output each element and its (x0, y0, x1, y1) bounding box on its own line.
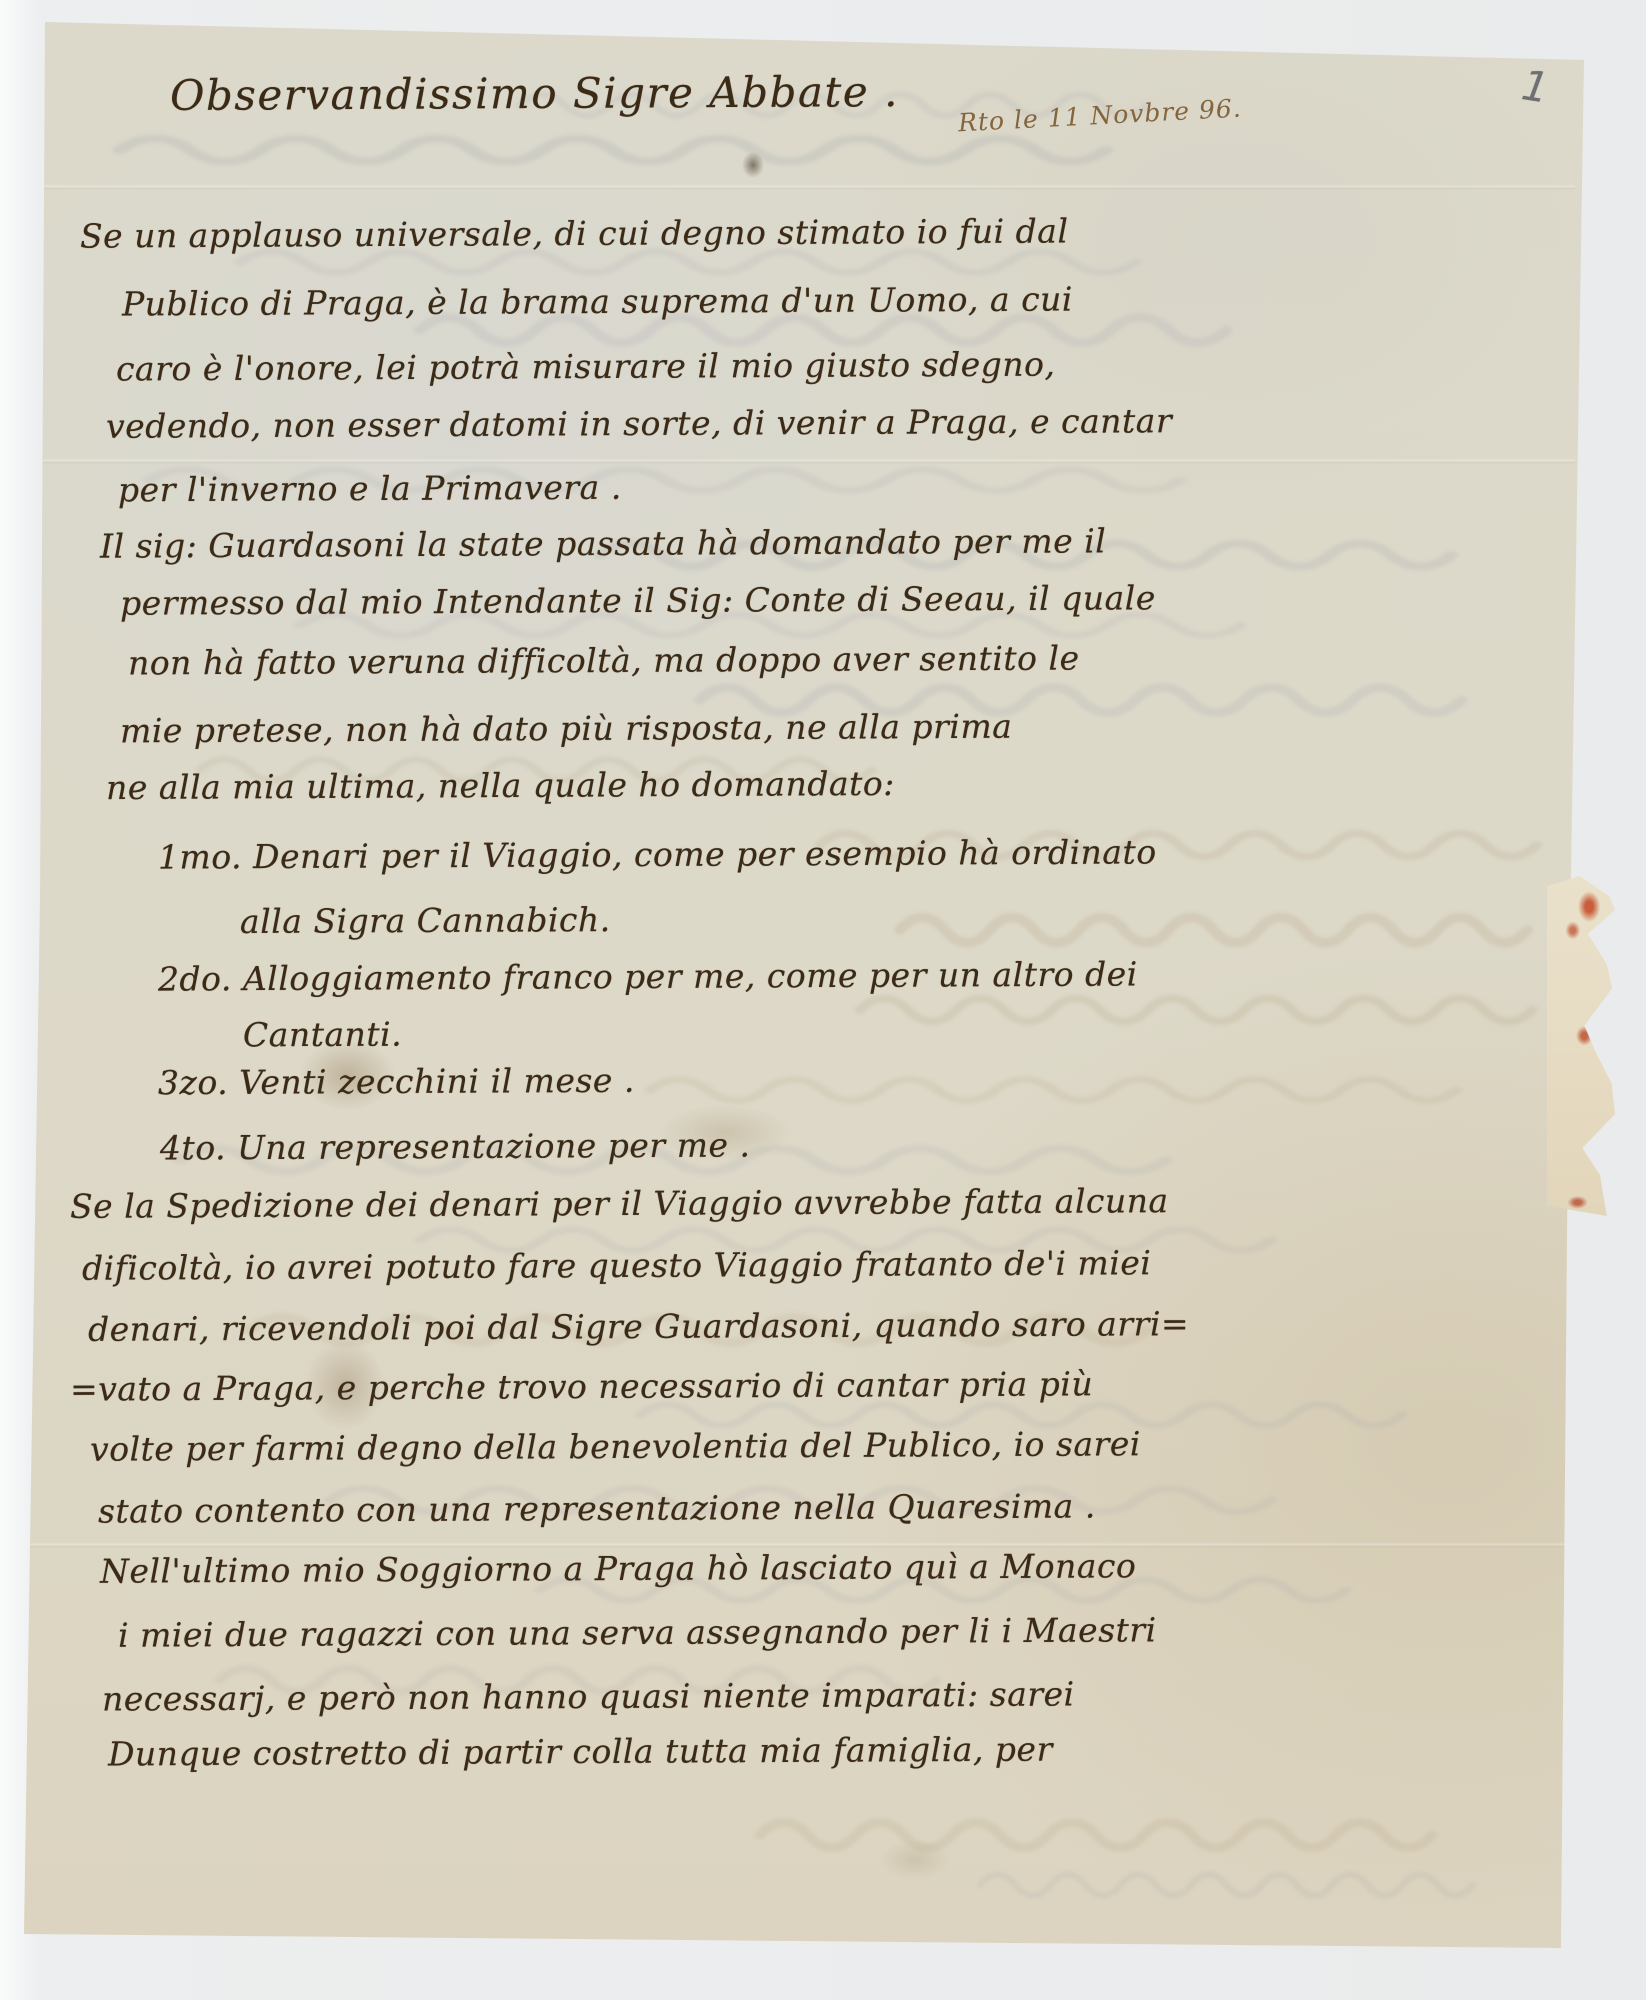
letter-list-item: 2do. Alloggiamento franco per me, come p… (158, 955, 1138, 998)
letter-line: volte per farmi degno della benevolentia… (90, 1425, 1141, 1468)
letter-line: necessarj, e però non hanno quasi niente… (102, 1675, 1075, 1718)
letter-list-item: 1mo. Denari per il Viaggio, come per ese… (158, 833, 1157, 876)
letter-line: Dunque costretto di partir colla tutta m… (108, 1731, 1053, 1774)
foxing-spot (880, 1840, 950, 1880)
letter-line: =vato a Praga, e perche trovo necessario… (70, 1365, 1093, 1408)
letter-line: Il sig: Guardasoni la state passata hà d… (100, 522, 1106, 565)
salutation: Observandissimo Sigre Abbate . (170, 68, 899, 120)
letter-line: dificoltà, io avrei potuto fare questo V… (82, 1244, 1152, 1288)
letter-line: per l'inverno e la Primavera . (118, 469, 622, 510)
letter-line: Cantanti. (243, 1016, 402, 1055)
letter-line: Se un applauso universale, di cui degno … (80, 212, 1069, 255)
letter-line: permesso dal mio Intendante il Sig: Cont… (120, 579, 1156, 622)
letter-line: ne alla mia ultima, nella quale ho doman… (106, 765, 895, 807)
letter-line: stato contento con una representazione n… (98, 1487, 1096, 1530)
letter-page: Observandissimo Sigre Abbate . Rto le 11… (0, 0, 1646, 2000)
ink-blot (742, 152, 764, 178)
fold-crease (30, 458, 1575, 464)
letter-line: i miei due ragazzi con una serva assegna… (118, 1611, 1157, 1654)
fold-crease (30, 184, 1575, 190)
letter-line: alla Sigra Cannabich. (240, 901, 611, 941)
letter-line: caro è l'onore, lei potrà misurare il mi… (116, 346, 1056, 389)
letter-line: vedendo, non esser datomi in sorte, di v… (106, 402, 1172, 446)
wax-seal-fragment (1547, 876, 1615, 1216)
letter-line: Publico di Praga, è la brama suprema d'u… (122, 281, 1073, 324)
letter-line: Se la Spedizione dei denari per il Viagg… (70, 1182, 1169, 1226)
letter-line: Nell'ultimo mio Soggiorno a Praga hò las… (100, 1547, 1137, 1590)
letter-list-item: 4to. Una representazione per me . (160, 1126, 751, 1167)
letter-list-item: 3zo. Venti zecchini il mese . (158, 1062, 635, 1102)
letter-line: non hà fatto veruna difficoltà, ma doppo… (128, 640, 1080, 683)
scan-background: Observandissimo Sigre Abbate . Rto le 11… (0, 0, 1646, 2000)
letter-line: mie pretese, non hà dato più risposta, n… (120, 708, 1013, 751)
letter-line: denari, ricevendoli poi dal Sigre Guarda… (88, 1305, 1189, 1349)
